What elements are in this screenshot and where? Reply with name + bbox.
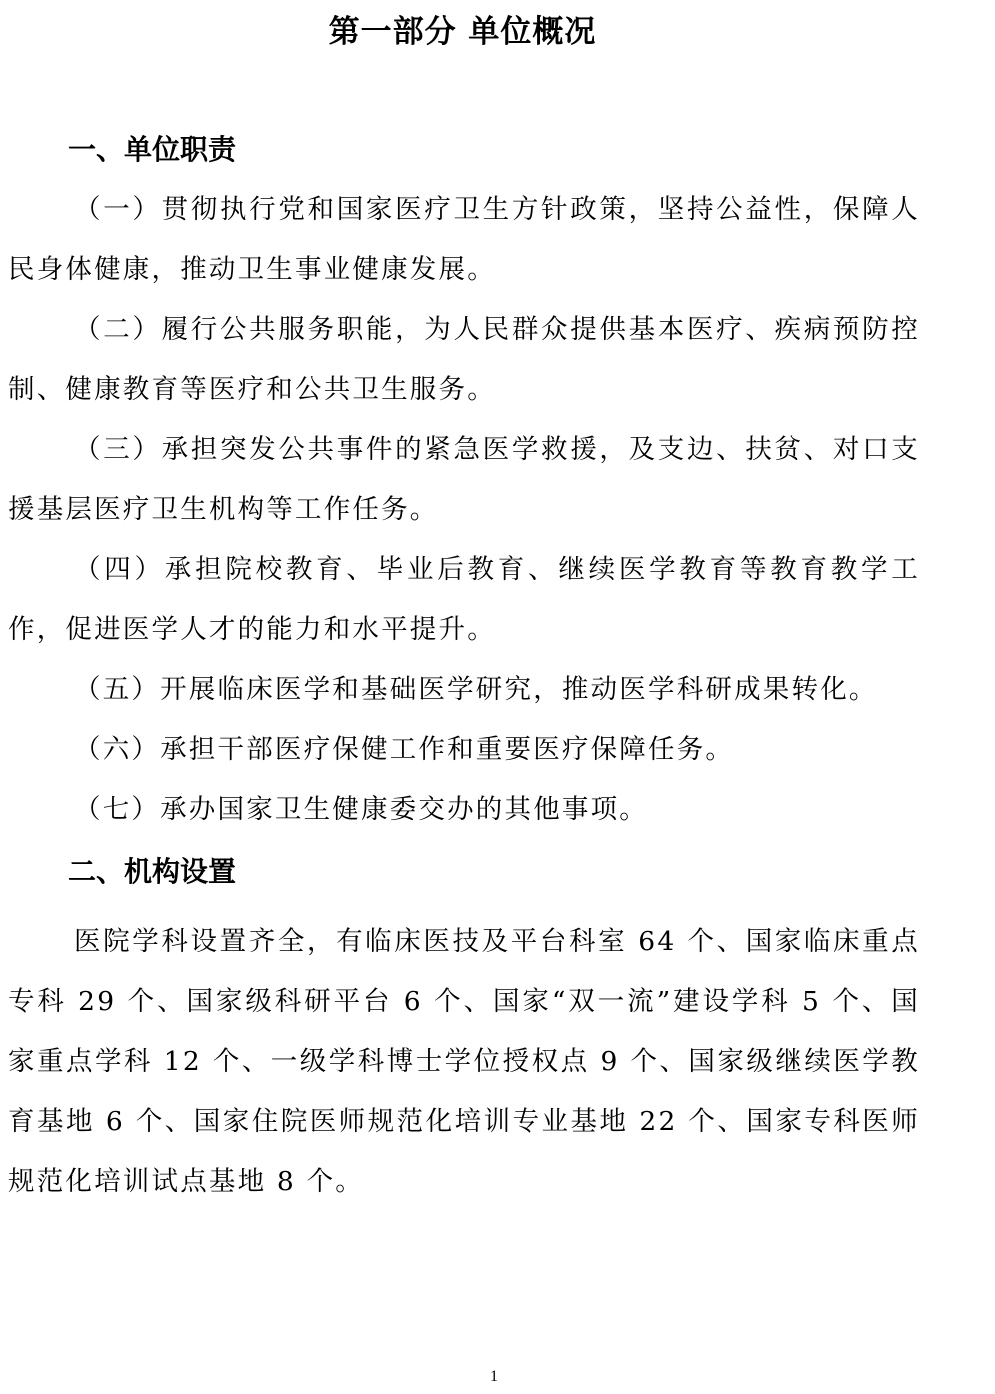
section-heading-organization: 二、机构设置 bbox=[68, 852, 236, 892]
page-title: 第一部分 单位概况 bbox=[0, 8, 925, 56]
duty-item-4: （四）承担院校教育、毕业后教育、继续医学教育等教育教学工作，促进医学人才的能力和… bbox=[8, 540, 920, 660]
duty-item-3: （三）承担突发公共事件的紧急医学救援，及支边、扶贫、对口支援基层医疗卫生机构等工… bbox=[8, 420, 920, 540]
duty-item-1: （一）贯彻执行党和国家医疗卫生方针政策，坚持公益性，保障人民身体健康，推动卫生事… bbox=[8, 180, 920, 300]
duty-item-6: （六）承担干部医疗保健工作和重要医疗保障任务。 bbox=[8, 720, 920, 780]
duty-item-7: （七）承办国家卫生健康委交办的其他事项。 bbox=[8, 780, 920, 840]
section-heading-duties: 一、单位职责 bbox=[68, 130, 236, 170]
duty-item-5: （五）开展临床医学和基础医学研究，推动医学科研成果转化。 bbox=[8, 660, 920, 720]
organization-paragraph: 医院学科设置齐全，有临床医技及平台科室 64 个、国家临床重点专科 29 个、国… bbox=[8, 912, 920, 1212]
page-number: 1 bbox=[0, 1368, 988, 1386]
duty-item-2: （二）履行公共服务职能，为人民群众提供基本医疗、疾病预防控制、健康教育等医疗和公… bbox=[8, 300, 920, 420]
